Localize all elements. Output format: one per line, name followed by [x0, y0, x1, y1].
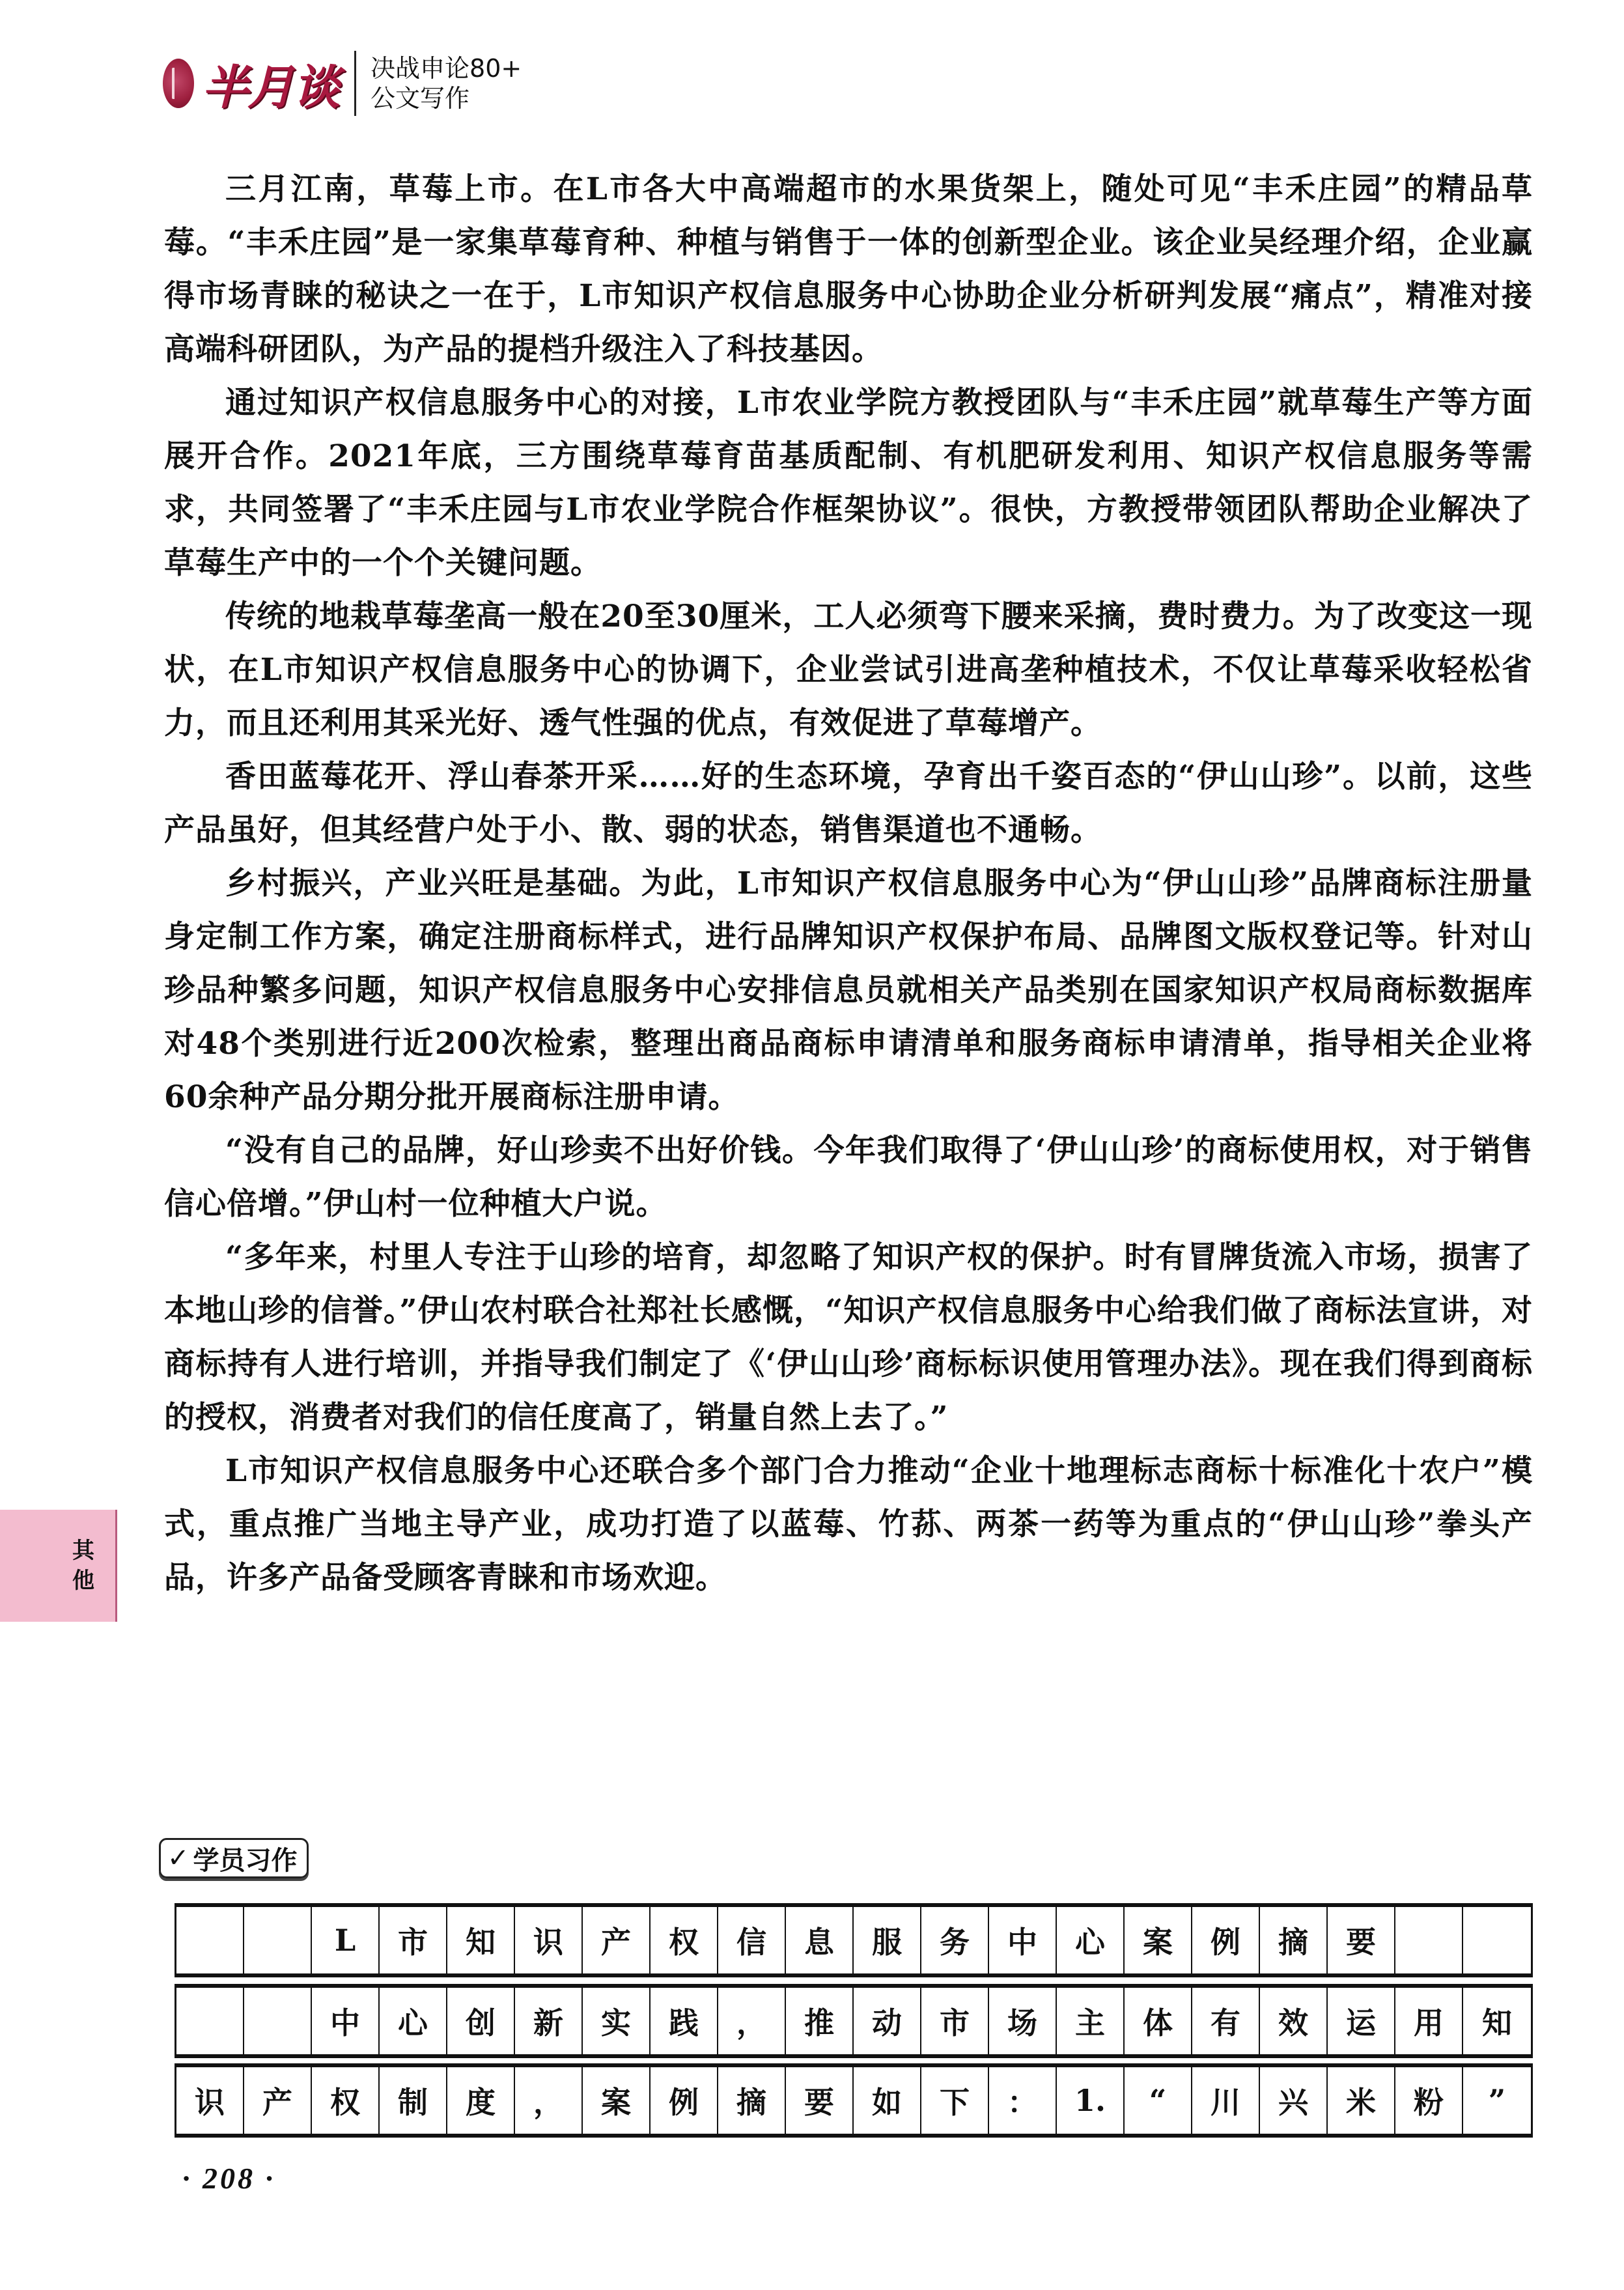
grid-cell: 中 [989, 1907, 1057, 1973]
grid-cell: 知 [447, 1907, 515, 1973]
brand-logo-icon [163, 59, 194, 108]
grid-cell: 权 [312, 2067, 380, 2134]
grid-cell: 1. [1057, 2067, 1125, 2134]
grid-cell: 要 [786, 2067, 854, 2134]
grid-cell: 案 [583, 2067, 651, 2134]
grid-cell: 例 [1192, 1907, 1260, 1973]
grid-cell: 川 [1192, 2067, 1260, 2134]
grid-cell: 度 [447, 2067, 515, 2134]
writing-grid-row: 识产权制度，案例摘要如下：1.“川兴米粉” [175, 2063, 1533, 2138]
grid-cell [244, 1907, 312, 1973]
writing-grid-row: 中心创新实践，推动市场主体有效运用知 [175, 1984, 1533, 2058]
grid-cell: 例 [651, 2067, 718, 2134]
paragraph: 通过知识产权信息服务中心的对接，L市农业学院方教授团队与“丰禾庄园”就草莓生产等… [164, 376, 1533, 590]
grid-cell: 制 [380, 2067, 447, 2134]
grid-cell: 场 [989, 1988, 1057, 2054]
grid-cell: 下 [921, 2067, 989, 2134]
grid-cell: 体 [1125, 1988, 1192, 2054]
grid-cell: 息 [786, 1907, 854, 1973]
grid-cell: 心 [1057, 1907, 1125, 1973]
grid-cell: 市 [380, 1907, 447, 1973]
header-divider [354, 51, 356, 116]
grid-cell: 用 [1395, 1988, 1463, 2054]
grid-cell: 有 [1192, 1988, 1260, 2054]
book-title-line1: 决战申论80+ [371, 53, 522, 83]
grid-cell [244, 1988, 312, 2054]
grid-cell: 如 [854, 2067, 921, 2134]
grid-cell: 主 [1057, 1988, 1125, 2054]
grid-cell: 兴 [1260, 2067, 1328, 2134]
check-heart-icon: ✓ [167, 1843, 189, 1873]
grid-cell: 务 [921, 1907, 989, 1973]
grid-cell: 粉 [1395, 2067, 1463, 2134]
book-title-line2: 公文写作 [371, 83, 522, 113]
grid-cell: 摘 [1260, 1907, 1328, 1973]
grid-cell [176, 1907, 244, 1973]
grid-cell: 创 [447, 1988, 515, 2054]
writing-grid-row: L市知识产权信息服务中心案例摘要 [175, 1903, 1533, 1977]
grid-cell: 米 [1328, 2067, 1395, 2134]
grid-cell: 识 [515, 1907, 583, 1973]
side-tab-char: 其 [72, 1536, 94, 1566]
grid-cell: 实 [583, 1988, 651, 2054]
grid-cell: 知 [1463, 1988, 1531, 2054]
paragraph: 传统的地栽草莓垄高一般在20至30厘米，工人必须弯下腰来采摘，费时费力。为了改变… [164, 590, 1533, 750]
grid-cell: 要 [1328, 1907, 1395, 1973]
grid-cell: 摘 [718, 2067, 786, 2134]
paragraph: “没有自己的品牌，好山珍卖不出好价钱。今年我们取得了‘伊山山珍’的商标使用权，对… [164, 1124, 1533, 1231]
side-tab-char: 他 [72, 1566, 94, 1596]
grid-cell: 中 [312, 1988, 380, 2054]
brand-name: 半月谈 [202, 49, 339, 117]
paragraph: 乡村振兴，产业兴旺是基础。为此，L市知识产权信息服务中心为“伊山山珍”品牌商标注… [164, 857, 1533, 1124]
grid-cell: 案 [1125, 1907, 1192, 1973]
grid-cell [176, 1988, 244, 2054]
grid-cell: “ [1125, 2067, 1192, 2134]
section-badge-label: 学员习作 [193, 1840, 298, 1877]
grid-cell: 推 [786, 1988, 854, 2054]
chapter-side-tab: 其 他 [0, 1510, 117, 1622]
book-title: 决战申论80+ 公文写作 [371, 53, 522, 113]
grid-cell [1463, 1907, 1531, 1973]
grid-cell: 服 [854, 1907, 921, 1973]
grid-cell [1395, 1907, 1463, 1973]
paragraph: L市知识产权信息服务中心还联合多个部门合力推动“企业十地理标志商标十标准化十农户… [164, 1445, 1533, 1605]
paragraph: 香田蓝莓花开、浮山春茶开采……好的生态环境，孕育出千姿百态的“伊山山珍”。以前，… [164, 750, 1533, 857]
grid-cell: 运 [1328, 1988, 1395, 2054]
paragraph: “多年来，村里人专注于山珍的培育，却忽略了知识产权的保护。时有冒牌货流入市场，损… [164, 1231, 1533, 1445]
grid-cell: 效 [1260, 1988, 1328, 2054]
grid-cell: ， [515, 2067, 583, 2134]
grid-cell: 信 [718, 1907, 786, 1973]
article-body: 三月江南，草莓上市。在L市各大中高端超市的水果货架上，随处可见“丰禾庄园”的精品… [164, 163, 1533, 1605]
grid-cell: 产 [583, 1907, 651, 1973]
grid-cell: L [312, 1907, 380, 1973]
page-number: · 208 · [182, 2161, 275, 2196]
grid-cell: 新 [515, 1988, 583, 2054]
grid-cell: 践 [651, 1988, 718, 2054]
grid-cell: ” [1463, 2067, 1531, 2134]
student-work-badge: ✓ 学员习作 [159, 1838, 309, 1878]
grid-cell: ， [718, 1988, 786, 2054]
paragraph: 三月江南，草莓上市。在L市各大中高端超市的水果货架上，随处可见“丰禾庄园”的精品… [164, 163, 1533, 376]
grid-cell: 动 [854, 1988, 921, 2054]
grid-cell: 权 [651, 1907, 718, 1973]
grid-cell: 识 [176, 2067, 244, 2134]
page-header: 半月谈 决战申论80+ 公文写作 [163, 51, 522, 116]
grid-cell: ： [989, 2067, 1057, 2134]
grid-cell: 市 [921, 1988, 989, 2054]
grid-cell: 产 [244, 2067, 312, 2134]
grid-cell: 心 [380, 1988, 447, 2054]
